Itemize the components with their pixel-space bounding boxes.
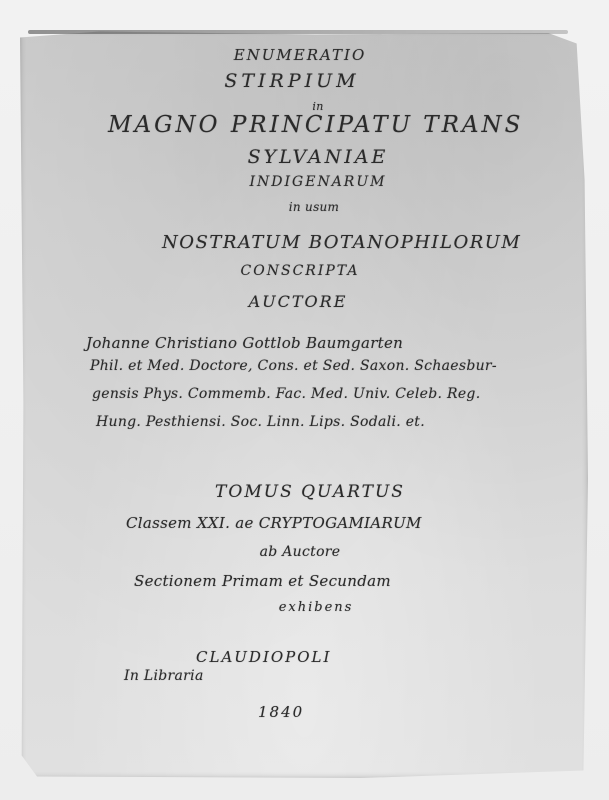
author-line-2: Phil. et Med. Doctore, Cons. et Sed. Sax… xyxy=(90,358,497,374)
author-line-1: Johanne Christiano Gottlob Baumgarten xyxy=(86,334,403,352)
volume-line-tomus-quartus: TOMUS QUARTUS xyxy=(215,482,405,502)
imprint-place: CLAUDIOPOLI xyxy=(196,648,331,666)
title-line-sylvaniae: SYLVANIAE xyxy=(248,146,389,168)
author-line-3: gensis Phys. Commemb. Fac. Med. Univ. Ce… xyxy=(92,386,480,402)
volume-line-exhibens: exhibens xyxy=(279,600,354,615)
volume-line-ab-auctore: ab Auctore xyxy=(260,544,341,560)
title-line-stirpium: STIRPIUM xyxy=(224,70,359,92)
title-line-in-usum: in usum xyxy=(289,200,339,214)
title-line-enumeratio: ENUMERATIO xyxy=(234,46,367,64)
title-line-nostratum-botanophilorum: NOSTRATUM BOTANOPHILORUM xyxy=(162,232,521,253)
photograph-background: ENUMERATIO STIRPIUM in MAGNO PRINCIPATU … xyxy=(0,0,609,800)
imprint-year: 1840 xyxy=(258,703,304,721)
title-line-magno-principatu: MAGNO PRINCIPATU TRANS xyxy=(108,112,523,138)
imprint-publisher: In Libraria xyxy=(124,668,204,684)
title-line-auctore: AUCTORE xyxy=(249,292,348,311)
author-line-4: Hung. Pesthiensi. Soc. Linn. Lips. Sodal… xyxy=(96,414,425,430)
title-line-conscripta: CONSCRIPTA xyxy=(241,263,360,279)
paper-top-edge-shadow xyxy=(28,30,568,34)
volume-line-sectionem: Sectionem Primam et Secundam xyxy=(134,572,391,590)
title-line-indigenarum: INDIGENARUM xyxy=(250,174,387,190)
volume-line-classem: Classem XXI. ae CRYPTOGAMIARUM xyxy=(126,514,422,532)
